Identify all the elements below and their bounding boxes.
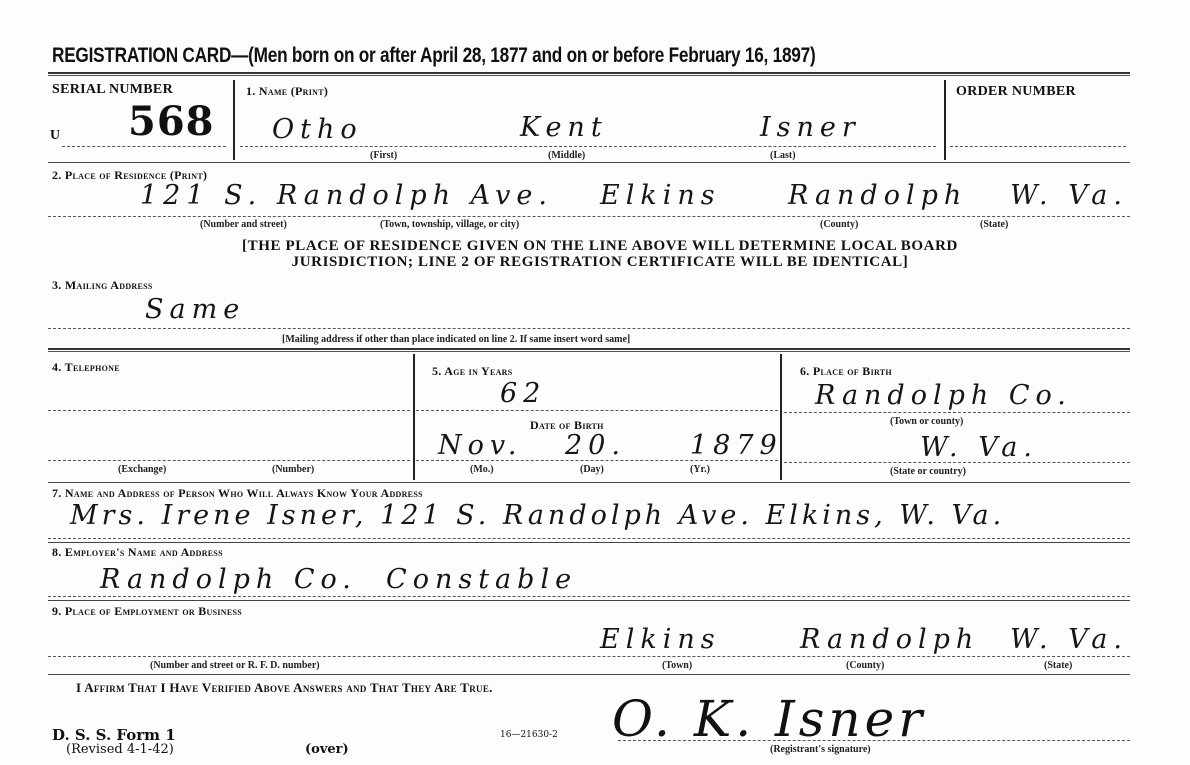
registration-card: REGISTRATION CARD—(Men born on or after …	[0, 0, 1190, 765]
place-of-birth-label: 6. Place of Birth	[800, 364, 892, 379]
employment-county: Randolph	[800, 624, 979, 655]
birth-day: 20.	[565, 430, 626, 461]
employment-state-sublabel: (State)	[1044, 660, 1072, 671]
name-middle: Kent	[520, 112, 608, 143]
residence-state: W. Va.	[1010, 180, 1128, 211]
mailing-address-note: [Mailing address if other than place ind…	[282, 334, 630, 345]
order-divider	[944, 80, 946, 160]
name-first-sublabel: (First)	[370, 150, 397, 161]
serial-number-label: SERIAL NUMBER	[52, 82, 173, 98]
serial-divider	[233, 80, 235, 160]
telephone-exchange-sublabel: (Exchange)	[118, 464, 166, 475]
residence-notice-line1: [THE PLACE OF RESIDENCE GIVEN ON THE LIN…	[100, 238, 1100, 254]
residence-county-sublabel: (County)	[820, 219, 858, 230]
serial-number-value: 568	[128, 98, 215, 145]
contact-label: 7. Name and Address of Person Who Will A…	[52, 486, 423, 501]
residence-state-sublabel: (State)	[980, 219, 1008, 230]
birth-year-sublabel: (Yr.)	[690, 464, 710, 475]
birth-day-sublabel: (Day)	[580, 464, 604, 475]
residence-street: 121 S. Randolph Ave.	[140, 180, 553, 211]
serial-prefix: U	[50, 128, 60, 144]
affirmation-text: I Affirm That I Have Verified Above Answ…	[76, 680, 493, 696]
print-code: 16—21630-2	[500, 730, 558, 740]
birth-place-town-sublabel: (Town or county)	[890, 416, 963, 427]
telephone-number-sublabel: (Number)	[272, 464, 314, 475]
telephone-label: 4. Telephone	[52, 360, 120, 375]
name-last: Isner	[760, 112, 861, 143]
signature-label: (Registrant's signature)	[770, 744, 871, 755]
order-number-field	[950, 146, 1126, 147]
birth-place-state-sublabel: (State or country)	[890, 466, 966, 477]
birth-month-sublabel: (Mo.)	[470, 464, 494, 475]
name-last-sublabel: (Last)	[770, 150, 796, 161]
name-middle-sublabel: (Middle)	[548, 150, 585, 161]
over-note: (over)	[305, 742, 349, 757]
residence-street-sublabel: (Number and street)	[200, 219, 287, 230]
name-label: 1. Name (Print)	[246, 84, 328, 99]
employment-street-sublabel: (Number and street or R. F. D. number)	[150, 660, 320, 671]
employment-county-sublabel: (County)	[846, 660, 884, 671]
residence-town: Elkins	[600, 180, 721, 211]
telephone-number-field	[48, 460, 410, 461]
employment-town: Elkins	[600, 624, 721, 655]
residence-notice-line2: JURISDICTION; LINE 2 OF REGISTRATION CER…	[100, 254, 1100, 270]
employer-value: Randolph Co. Constable	[100, 564, 577, 595]
employment-state: W. Va.	[1010, 624, 1128, 655]
card-title: REGISTRATION CARD—(Men born on or after …	[52, 44, 815, 68]
birth-month: Nov.	[438, 430, 523, 461]
contact-value: Mrs. Irene Isner, 121 S. Randolph Ave. E…	[70, 500, 1005, 531]
age-label: 5. Age in Years	[432, 364, 513, 379]
name-first: Otho	[272, 114, 363, 145]
order-number-label: ORDER NUMBER	[956, 84, 1076, 100]
age-value: 62	[500, 378, 546, 409]
birth-place-town: Randolph Co.	[815, 380, 1072, 411]
mailing-address-value: Same	[145, 294, 245, 325]
birth-place-state: W. Va.	[920, 432, 1038, 463]
form-revised: (Revised 4-1-42)	[66, 742, 174, 757]
birth-year: 1879	[690, 430, 783, 461]
residence-town-sublabel: (Town, township, village, or city)	[380, 219, 519, 230]
mailing-address-label: 3. Mailing Address	[52, 278, 153, 293]
employer-label: 8. Employer's Name and Address	[52, 545, 223, 560]
telephone-exchange-field	[48, 410, 410, 411]
employment-town-sublabel: (Town)	[662, 660, 692, 671]
header-rule	[48, 72, 1130, 76]
employment-place-label: 9. Place of Employment or Business	[52, 604, 242, 619]
residence-county: Randolph	[788, 180, 967, 211]
